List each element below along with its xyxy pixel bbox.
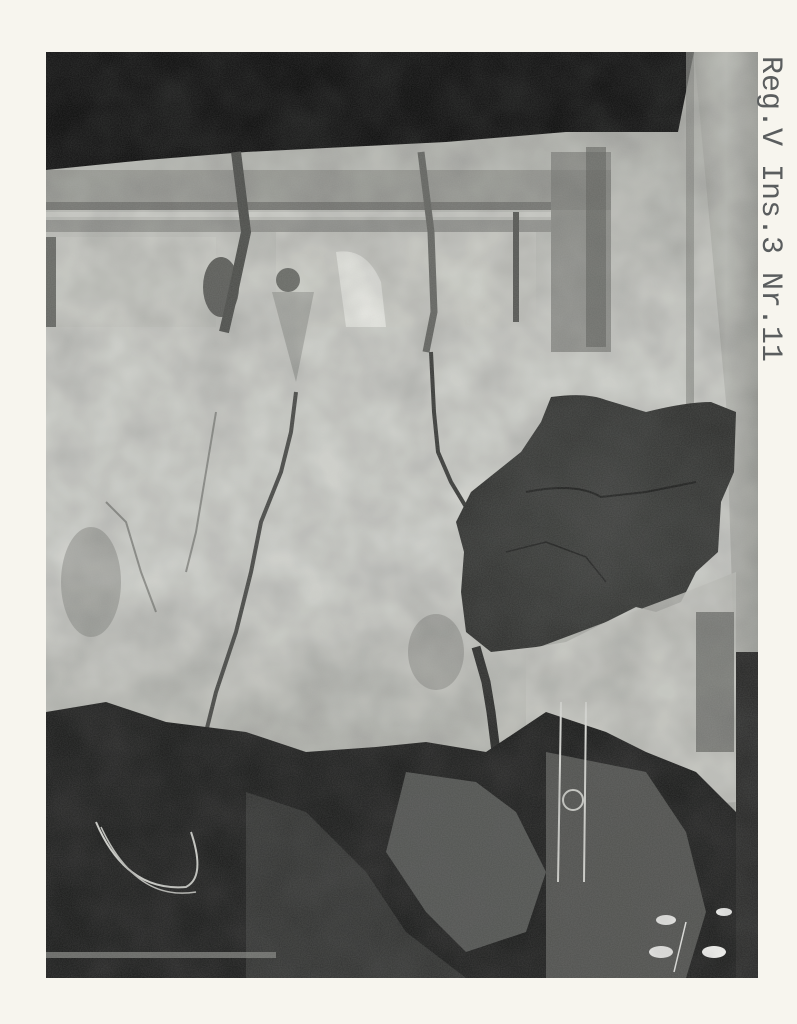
photo-mount-card: Reg.V Ins.3 Nr.11 <box>0 0 797 1024</box>
archive-reference-label: Reg.V Ins.3 Nr.11 <box>746 56 794 476</box>
archival-photograph <box>46 52 758 978</box>
fresco-wall-image <box>46 52 758 978</box>
